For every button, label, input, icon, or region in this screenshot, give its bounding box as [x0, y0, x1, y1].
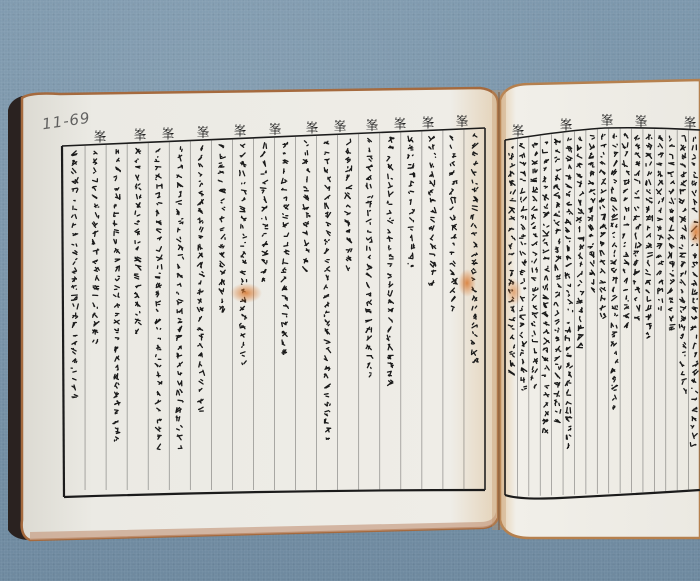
left-page — [22, 88, 498, 540]
column-header-mark: 峯 — [333, 119, 346, 135]
column-header-mark: 峯 — [305, 120, 318, 136]
column-header-mark: 峯 — [161, 126, 174, 142]
column-header-mark: 峯 — [365, 118, 378, 134]
column-header-mark: 峯 — [393, 117, 406, 133]
column-header-mark: 峯 — [93, 129, 106, 145]
stain — [458, 269, 476, 297]
column-header-mark: 峯 — [421, 115, 434, 131]
column-header-mark: 峯 — [196, 125, 209, 141]
column-header-mark: 峯 — [233, 123, 246, 139]
column-header-mark: 峯 — [268, 122, 281, 138]
column-header-mark: 峯 — [600, 113, 613, 129]
column-header-mark: 峯 — [455, 114, 468, 130]
manuscript-photo: 峯峯峯峯峯峯峯峯峯峯峯峯 峯峯峯峯峯 11-69 — [0, 0, 700, 581]
column-header-mark: 峯 — [133, 128, 146, 144]
stain — [230, 283, 262, 303]
column-header-mark: 峯 — [683, 116, 696, 132]
column-header-mark: 峯 — [559, 118, 572, 134]
column-header-mark: 峯 — [634, 114, 647, 130]
column-header-mark: 峯 — [511, 123, 524, 139]
open-book: 峯峯峯峯峯峯峯峯峯峯峯峯 峯峯峯峯峯 — [0, 0, 700, 581]
stain — [506, 278, 522, 306]
